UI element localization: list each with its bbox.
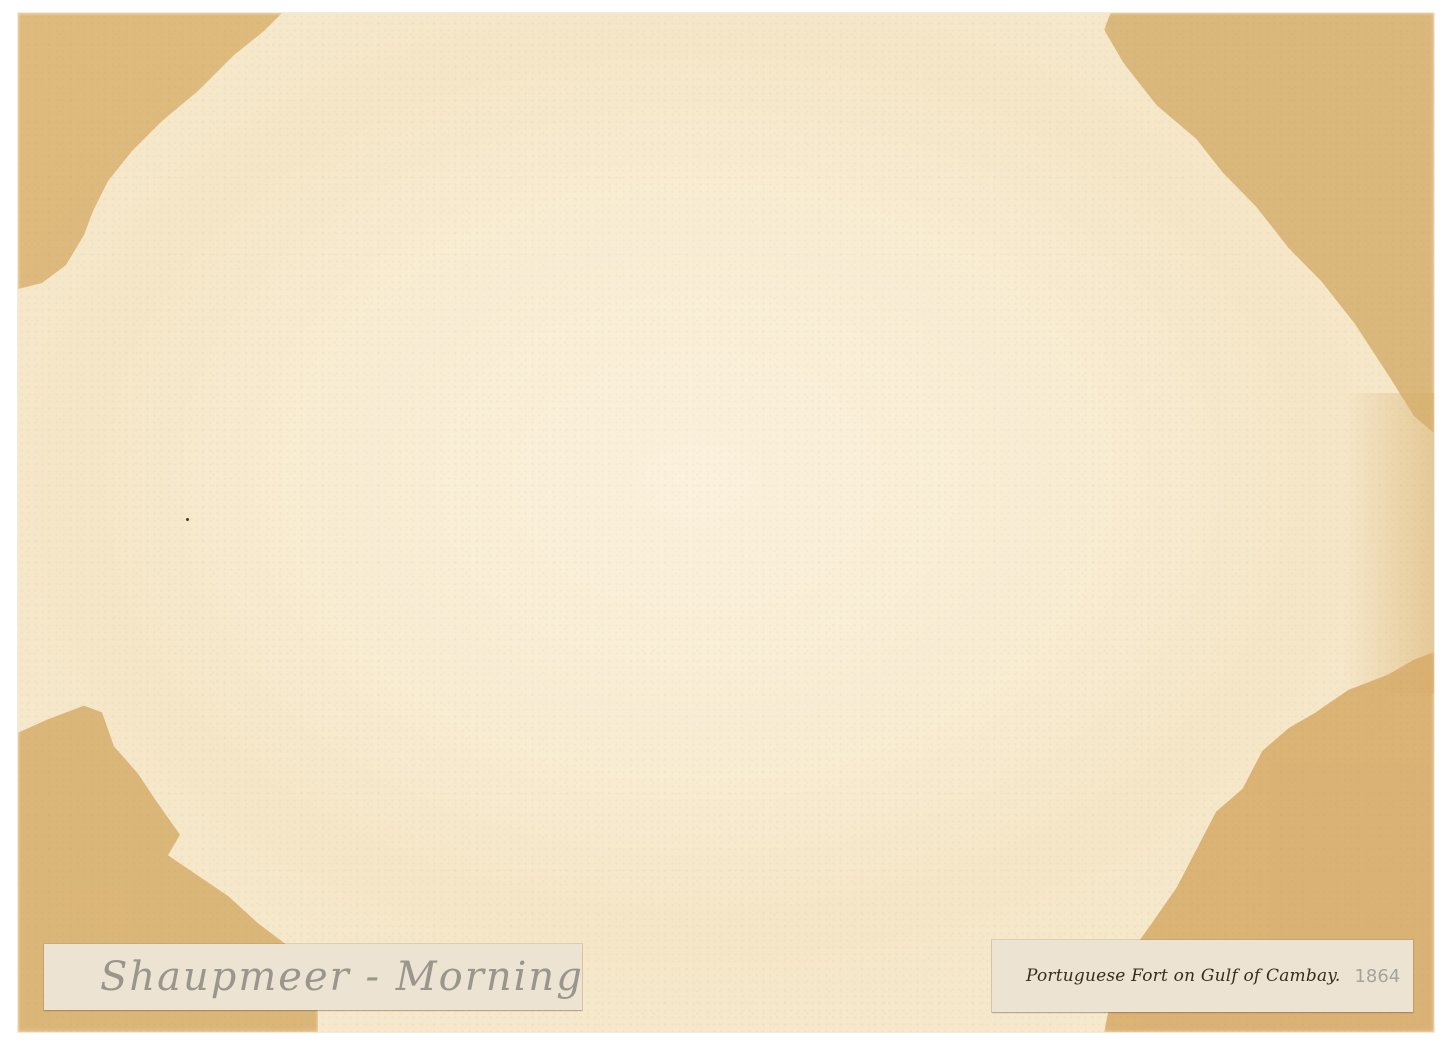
caption-left-text: Shaupmeer - Morning bbox=[100, 954, 584, 1000]
paper-sheet: Shaupmeer - Morning Portuguese Fort on G… bbox=[18, 13, 1434, 1032]
stain-right-edge bbox=[1344, 393, 1434, 693]
paper-grain bbox=[18, 13, 1434, 1032]
caption-right-text: Portuguese Fort on Gulf of Cambay. bbox=[1026, 966, 1340, 986]
caption-slip-right: Portuguese Fort on Gulf of Cambay. 1864 bbox=[992, 940, 1413, 1012]
scan-background: Shaupmeer - Morning Portuguese Fort on G… bbox=[0, 0, 1452, 1047]
ink-speck bbox=[186, 518, 189, 521]
stain-top-left bbox=[18, 13, 318, 313]
caption-slip-left: Shaupmeer - Morning bbox=[44, 944, 582, 1010]
stain-top-right bbox=[1104, 13, 1434, 433]
caption-right-year: 1864 bbox=[1354, 966, 1400, 987]
